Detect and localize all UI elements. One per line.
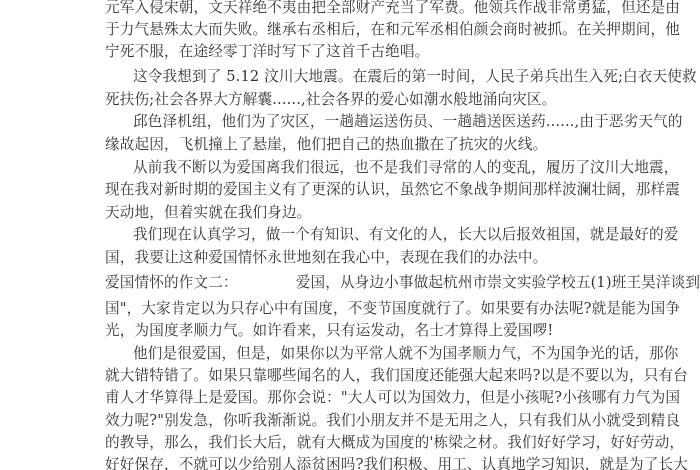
paragraph-line: 好好保存，不就可以少给别人添贫困吗?我们积极、用工、认真地学习知识，就是为了长大 <box>105 454 595 470</box>
paragraph-line: 国，我要让这种爱国情怀永世地刻在我心中，表现在我们的办法中。 <box>105 247 595 269</box>
paragraph-line: 他们是很爱国，但是，如果你以为平常人就不为国孝顺力气，不为国争光的话，那你 <box>133 343 595 365</box>
paragraph-line: 天动地，但着实就在我们身边。 <box>105 202 595 224</box>
paragraph-line: 的教导，那么，我们长大后，就有大概成为国度的'栋梁之材。我们好好学习，好好劳动， <box>105 432 595 454</box>
paragraph-line: 邱色泽机组，他们为了灾区，一趟趟运送伤员、一趟趟送医送药......,由于恶劣天… <box>133 111 595 133</box>
paragraph-line: 死扶伤;社会各界大方解囊......,社会各界的爱心如潮水般地涌向灾区。 <box>105 89 595 111</box>
document-page: 元军入侵宋朝，文天祥绝不夷由把全部财产充当了军费。他领兵作战非常勇猛，但还是由 … <box>0 0 700 470</box>
paragraph-line: 我们现在认真学习，做一个有知识、有文化的人，长大以后报效祖国，就是最好的爱 <box>133 224 595 246</box>
paragraph-text: 爱国，从身边小事做起杭州市崇文实验学校五(1)班王昊洋谈到"爱 <box>296 274 700 291</box>
paragraph-line: 国"，大家肯定以为只存心中有国度，不变节国度就行了。如果要有办法呢?就是能为国争 <box>105 298 595 320</box>
paragraph-line: 效力呢?"别发急，你听我渐渐说。我们小朋友并不是无用之人，只有我们从小就受到精良 <box>105 410 595 432</box>
paragraph-line: 就大错特错了。如果只靠哪些闻名的人，我们国度还能强大起来吗?以是不要以为，只有台 <box>105 365 595 387</box>
paragraph-line: 这令我想到了 5.12 汶川大地震。在震后的第一时间，人民子弟兵出生入死;白衣天… <box>133 66 595 88</box>
paragraph-line: 现在我对新时期的爱国主义有了更深的认识，虽然它不象战争期间那样波澜壮阔，那样震 <box>105 179 595 201</box>
paragraph-line: 宁死不服，在途经零丁洋时写下了这首千古绝唱。 <box>105 41 595 63</box>
paragraph-line: 缘故起因，飞机撞上了悬崖，他们把自己的热血撒在了抗灾的火线。 <box>105 134 595 156</box>
paragraph-line: 元军入侵宋朝，文天祥绝不夷由把全部财产充当了军费。他领兵作战非常勇猛，但还是由 <box>105 0 595 19</box>
paragraph-line: 甫人才华算得上是爱国。那你会说："大人可以为国效力，但是小孩呢?小孩哪有力气为国 <box>105 387 595 409</box>
paragraph-line: 于力气悬殊太大而失败。继承右丞相后，在和元军丞相伯颜会商时被抓。在关押期间，他 <box>105 19 595 41</box>
paragraph-line: 光，为国度孝顺力气。如许看来，只有运发动，名士才算得上爱国啰! <box>105 320 595 342</box>
section-heading: 爱国情怀的作文二： <box>105 272 238 294</box>
section-heading-line: 爱国情怀的作文二：爱国，从身边小事做起杭州市崇文实验学校五(1)班王昊洋谈到"爱 <box>105 272 595 294</box>
paragraph-line: 从前我不断以为爱国离我们很远，也不是我们寻常的人的变乱，履历了汶川大地震， <box>133 157 595 179</box>
